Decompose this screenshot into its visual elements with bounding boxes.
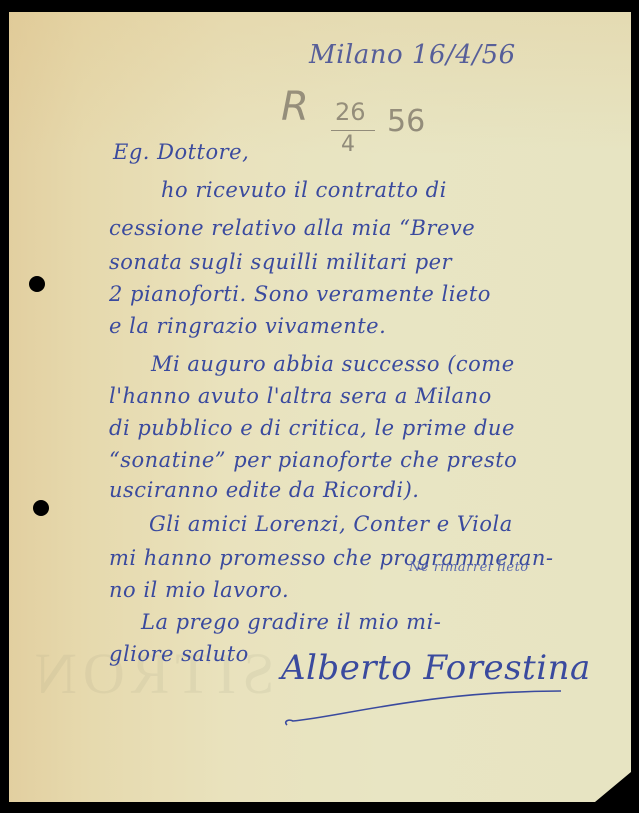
- body-line: di pubblico e di critica, le prime due: [109, 416, 515, 440]
- archive-note-numerator: 26: [335, 98, 366, 126]
- body-line: Mi auguro abbia successo (come: [151, 352, 515, 376]
- body-line: Gli amici Lorenzi, Conter e Viola: [149, 512, 513, 536]
- body-line: l'hanno avuto l'altra sera a Milano: [109, 384, 492, 408]
- body-line: La prego gradire il mio mi-: [141, 610, 441, 634]
- margin-note: Ne rimarrei lieto: [409, 560, 529, 575]
- body-line: 2 pianoforti. Sono veramente lieto: [109, 282, 491, 306]
- archive-note-suffix: 56: [387, 104, 425, 139]
- body-line: gliore saluto: [109, 642, 249, 666]
- punch-hole-bottom: [33, 500, 49, 516]
- body-line: cessione relativo alla mia “Breve: [109, 216, 475, 240]
- body-line: sonata sugli squilli militari per: [109, 250, 452, 274]
- salutation: Eg. Dottore,: [113, 140, 249, 164]
- body-line: “sonatine” per pianoforte che presto: [109, 448, 517, 472]
- archive-note-prefix: R: [281, 84, 309, 130]
- place-date: Milano 16/4/56: [309, 40, 516, 70]
- body-line: e la ringrazio vivamente.: [109, 314, 386, 338]
- archive-note-denominator: 4: [341, 132, 355, 157]
- punch-hole-top: [29, 276, 45, 292]
- letter-paper: SITRON Milano 16/4/56 R 26 4 56 Eg. Dott…: [9, 12, 631, 802]
- body-line: no il mio lavoro.: [109, 578, 289, 602]
- archive-note-fraction-bar: [331, 130, 375, 131]
- body-line: usciranno edite da Ricordi).: [109, 478, 419, 502]
- signature-underline: [279, 677, 579, 737]
- folded-corner: [595, 772, 631, 802]
- body-line: ho ricevuto il contratto di: [161, 178, 447, 202]
